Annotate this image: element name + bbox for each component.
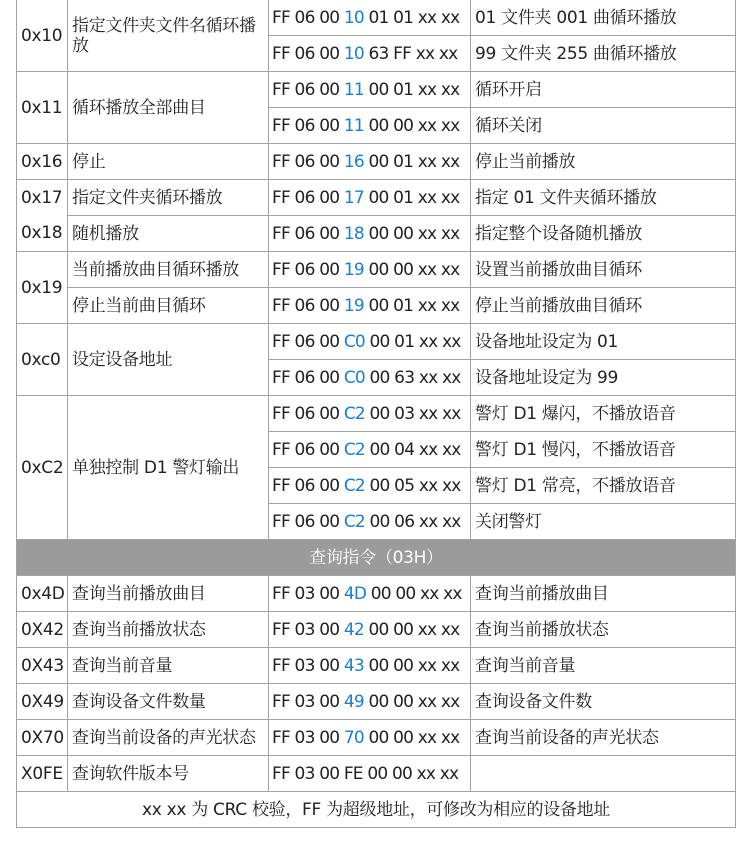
command-bytes: FF 06 00 18 00 00 xx xx: [269, 216, 471, 252]
command-description: 指定 01 文件夹循环播放: [471, 180, 736, 216]
command-code: 0X42: [17, 612, 68, 648]
command-byte-highlight: 11: [344, 80, 364, 100]
command-byte-highlight: C0: [344, 332, 365, 352]
command-code: 0x18: [17, 216, 68, 252]
command-description: 查询当前音量: [471, 648, 736, 684]
command-bytes: FF 06 00 19 00 01 xx xx: [269, 288, 471, 324]
table-row: 0X49 查询设备文件数量 FF 03 00 49 00 00 xx xx 查询…: [17, 684, 736, 720]
command-description: 查询当前播放曲目: [471, 576, 736, 612]
command-description: 循环开启: [471, 72, 736, 108]
table-row: 0x4D 查询当前播放曲目 FF 03 00 4D 00 00 xx xx 查询…: [17, 576, 736, 612]
command-name: 设定设备地址: [68, 324, 269, 396]
command-byte-highlight: C2: [344, 404, 365, 424]
command-code: 0x4D: [17, 576, 68, 612]
table-row: 0x19 当前播放曲目循环播放 FF 06 00 19 00 00 xx xx …: [17, 252, 736, 288]
table-row: X0FE 查询软件版本号 FF 03 00 FE 00 00 xx xx: [17, 756, 736, 792]
command-bytes: FF 06 00 17 00 01 xx xx: [269, 180, 471, 216]
command-name: 查询当前设备的声光状态: [68, 720, 269, 756]
command-description: 循环关闭: [471, 108, 736, 144]
command-code: 0X49: [17, 684, 68, 720]
command-byte-highlight: C2: [344, 440, 365, 460]
command-description: 设备地址设定为 99: [471, 360, 736, 396]
command-bytes: FF 03 00 49 00 00 xx xx: [269, 684, 471, 720]
command-name: 随机播放: [68, 216, 269, 252]
command-byte-highlight: 70: [344, 728, 364, 748]
command-description: 设备地址设定为 01: [471, 324, 736, 360]
command-byte-highlight: 17: [344, 188, 364, 208]
command-code: 0X43: [17, 648, 68, 684]
command-description: 指定整个设备随机播放: [471, 216, 736, 252]
command-bytes: FF 03 00 42 00 00 xx xx: [269, 612, 471, 648]
table-row: 0X43 查询当前音量 FF 03 00 43 00 00 xx xx 查询当前…: [17, 648, 736, 684]
command-name: 循环播放全部曲目: [68, 72, 269, 144]
table-row: 0X70 查询当前设备的声光状态 FF 03 00 70 00 00 xx xx…: [17, 720, 736, 756]
command-bytes: FF 03 00 FE 00 00 xx xx: [269, 756, 471, 792]
command-byte-highlight: C0: [344, 368, 365, 388]
command-name: 查询当前播放状态: [68, 612, 269, 648]
command-description: 99 文件夹 255 曲循环播放: [471, 36, 736, 72]
command-bytes: FF 03 00 43 00 00 xx xx: [269, 648, 471, 684]
command-name: 停止当前曲目循环: [68, 288, 269, 324]
command-byte-highlight: 42: [344, 620, 364, 640]
command-byte-highlight: 10: [344, 44, 364, 64]
command-bytes: FF 06 00 16 00 01 xx xx: [269, 144, 471, 180]
command-name: 查询设备文件数量: [68, 684, 269, 720]
table-row: 0x18 随机播放 FF 06 00 18 00 00 xx xx 指定整个设备…: [17, 216, 736, 252]
command-byte-highlight: 49: [344, 692, 364, 712]
command-description: 警灯 D1 常亮，不播放语音: [471, 468, 736, 504]
command-byte-highlight: C2: [344, 476, 365, 496]
command-code: 0xc0: [17, 324, 68, 396]
command-bytes: FF 03 00 4D 00 00 xx xx: [269, 576, 471, 612]
command-description: 查询当前播放状态: [471, 612, 736, 648]
command-name: 指定文件夹循环播放: [68, 180, 269, 216]
table-row: 停止当前曲目循环 FF 06 00 19 00 01 xx xx 停止当前播放曲…: [17, 288, 736, 324]
command-description: [471, 756, 736, 792]
command-bytes: FF 06 00 C2 00 06 xx xx: [269, 504, 471, 540]
section-title: 查询指令（03H）: [17, 540, 736, 576]
command-description: 停止当前播放曲目循环: [471, 288, 736, 324]
command-byte-highlight: 18: [344, 224, 364, 244]
command-bytes: FF 03 00 70 00 00 xx xx: [269, 720, 471, 756]
table-row: 0X42 查询当前播放状态 FF 03 00 42 00 00 xx xx 查询…: [17, 612, 736, 648]
command-bytes: FF 06 00 C2 00 05 xx xx: [269, 468, 471, 504]
command-description: 查询当前设备的声光状态: [471, 720, 736, 756]
command-code: 0x19: [17, 252, 68, 324]
command-name: 查询当前播放曲目: [68, 576, 269, 612]
command-code: 0X70: [17, 720, 68, 756]
table-row: 0xC2 单独控制 D1 警灯输出 FF 06 00 C2 00 03 xx x…: [17, 396, 736, 432]
table-row: 0x11 循环播放全部曲目 FF 06 00 11 00 01 xx xx 循环…: [17, 72, 736, 108]
command-name: 停止: [68, 144, 269, 180]
command-bytes: FF 06 00 C2 00 04 xx xx: [269, 432, 471, 468]
command-byte-highlight: 43: [344, 656, 364, 676]
command-bytes: FF 06 00 11 00 01 xx xx: [269, 72, 471, 108]
command-name: 查询当前音量: [68, 648, 269, 684]
command-bytes: FF 06 00 11 00 00 xx xx: [269, 108, 471, 144]
command-description: 停止当前播放: [471, 144, 736, 180]
command-code: 0x10: [17, 0, 68, 72]
command-bytes: FF 06 00 C0 00 01 xx xx: [269, 324, 471, 360]
command-byte-highlight: 19: [344, 260, 364, 280]
command-byte-highlight: 11: [344, 116, 364, 136]
command-description: 警灯 D1 爆闪，不播放语音: [471, 396, 736, 432]
table-row: 0x16 停止 FF 06 00 16 00 01 xx xx 停止当前播放: [17, 144, 736, 180]
footer-note-row: xx xx 为 CRC 校验，FF 为超级地址，可修改为相应的设备地址: [17, 792, 736, 828]
command-bytes: FF 06 00 10 01 01 xx xx: [269, 0, 471, 36]
command-description: 警灯 D1 慢闪，不播放语音: [471, 432, 736, 468]
command-code: 0x11: [17, 72, 68, 144]
footer-note: xx xx 为 CRC 校验，FF 为超级地址，可修改为相应的设备地址: [17, 792, 736, 828]
command-description: 关闭警灯: [471, 504, 736, 540]
command-name: 查询软件版本号: [68, 756, 269, 792]
table-row: 0x10 指定文件夹文件名循环播放 FF 06 00 10 01 01 xx x…: [17, 0, 736, 36]
command-byte-highlight: 19: [344, 296, 364, 316]
command-code: X0FE: [17, 756, 68, 792]
command-description: 查询设备文件数: [471, 684, 736, 720]
command-bytes: FF 06 00 C0 00 63 xx xx: [269, 360, 471, 396]
command-byte-highlight: C2: [344, 512, 365, 532]
table-row: 0xc0 设定设备地址 FF 06 00 C0 00 01 xx xx 设备地址…: [17, 324, 736, 360]
command-byte-highlight: 16: [344, 152, 364, 172]
command-bytes: FF 06 00 C2 00 03 xx xx: [269, 396, 471, 432]
command-code: 0xC2: [17, 396, 68, 540]
command-name: 指定文件夹文件名循环播放: [68, 0, 269, 72]
command-bytes: FF 06 00 10 63 FF xx xx: [269, 36, 471, 72]
table-row: 0x17 指定文件夹循环播放 FF 06 00 17 00 01 xx xx 指…: [17, 180, 736, 216]
command-bytes: FF 06 00 19 00 00 xx xx: [269, 252, 471, 288]
command-table: 0x10 指定文件夹文件名循环播放 FF 06 00 10 01 01 xx x…: [16, 0, 736, 828]
command-name: 单独控制 D1 警灯输出: [68, 396, 269, 540]
command-description: 01 文件夹 001 曲循环播放: [471, 0, 736, 36]
section-header-row: 查询指令（03H）: [17, 540, 736, 576]
command-code: 0x16: [17, 144, 68, 180]
command-byte-highlight: 4D: [344, 584, 366, 604]
command-byte-highlight: 10: [344, 8, 364, 28]
command-name: 当前播放曲目循环播放: [68, 252, 269, 288]
command-description: 设置当前播放曲目循环: [471, 252, 736, 288]
command-code: 0x17: [17, 180, 68, 216]
